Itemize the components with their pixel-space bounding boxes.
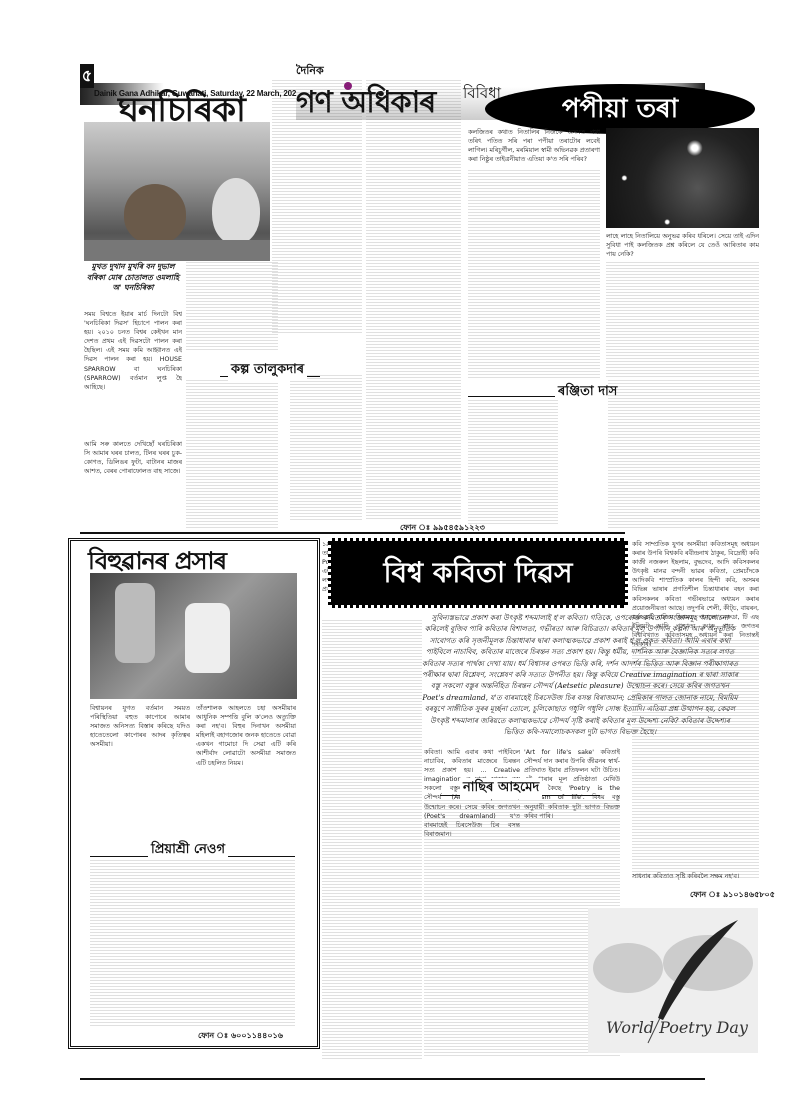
page-number: ৫ [80, 64, 94, 88]
sparrow-col4-text [366, 80, 461, 520]
poetry-phone: ফোন ঃ ৯১০১৪৬৫৮০৫ [690, 889, 775, 902]
world-poetry-day-image: World Poetry Day [588, 908, 758, 1053]
poetry-byline: নাছিৰ আহমেদ [460, 778, 542, 799]
bihuwan-phone: ফোন ঃ ৬০০১১৪৪০১৬ [198, 1030, 283, 1043]
sparrow-col3-text [272, 80, 362, 335]
woman-figure [115, 583, 155, 663]
sparrow-col3b-text [290, 375, 362, 520]
ground [84, 240, 270, 261]
poetry-right-tail: সাধনাৰ কবিতাও সৃষ্টি কৰিবলৈ সক্ষম নহ'ব। [632, 872, 759, 886]
star-body-lines [468, 170, 600, 380]
star-col-lines-2 [608, 380, 760, 528]
stamp-perforation [328, 538, 628, 608]
bihuwan-body-1: বিশ্বায়নৰ যুগত বৰ্তমান সময়ত পৰিস্থিতিয… [90, 704, 190, 829]
sparrow-col2b-text [186, 380, 278, 530]
bihuwan-lines [90, 860, 295, 1028]
section-divider [80, 532, 625, 534]
page-bottom-rule [80, 1078, 705, 1080]
star-col-lines [468, 400, 558, 525]
poetry-image-caption: World Poetry Day [606, 1018, 748, 1037]
poetry-intro-lines [322, 620, 422, 1060]
star-title-ellipse: পপীয়া তৰা [485, 84, 755, 134]
bihuwan-byline: প্ৰিয়াশ্ৰী নেওগ [148, 840, 228, 861]
sparrow-caption: মুখত দুখান মুখৰি বন দুভাল বৰিকা মোৰ চোতা… [84, 262, 182, 294]
poetry-right-lines [632, 640, 759, 880]
sparrow-body-2: আমি সৰু কালতে দেখিছোঁ ঘৰচিৰিকা সি আমাৰ ঘ… [84, 440, 182, 530]
sparrow-bird-left-icon [124, 184, 186, 244]
elder-figure [185, 603, 230, 673]
bihuwan-photo [90, 573, 297, 699]
sparrow-bird-right-icon [212, 178, 260, 244]
star-tail-lines [606, 262, 759, 378]
sparrow-col2-text [186, 262, 278, 352]
sparrow-photo [84, 122, 270, 261]
sparrow-lead-text: সময় বিশ্বতে ইয়াৰ মাৰ্চ দিনটো বিশ্ব 'ঘন… [84, 310, 182, 440]
starfield-photo [606, 128, 759, 228]
bihuwan-body-2: তাঁতশালক আহলতে চহা অসমীয়াৰ আধুনিক সম্পত… [196, 704, 296, 829]
sparrow-byline: কল্প তালুকদাৰ [228, 360, 307, 381]
